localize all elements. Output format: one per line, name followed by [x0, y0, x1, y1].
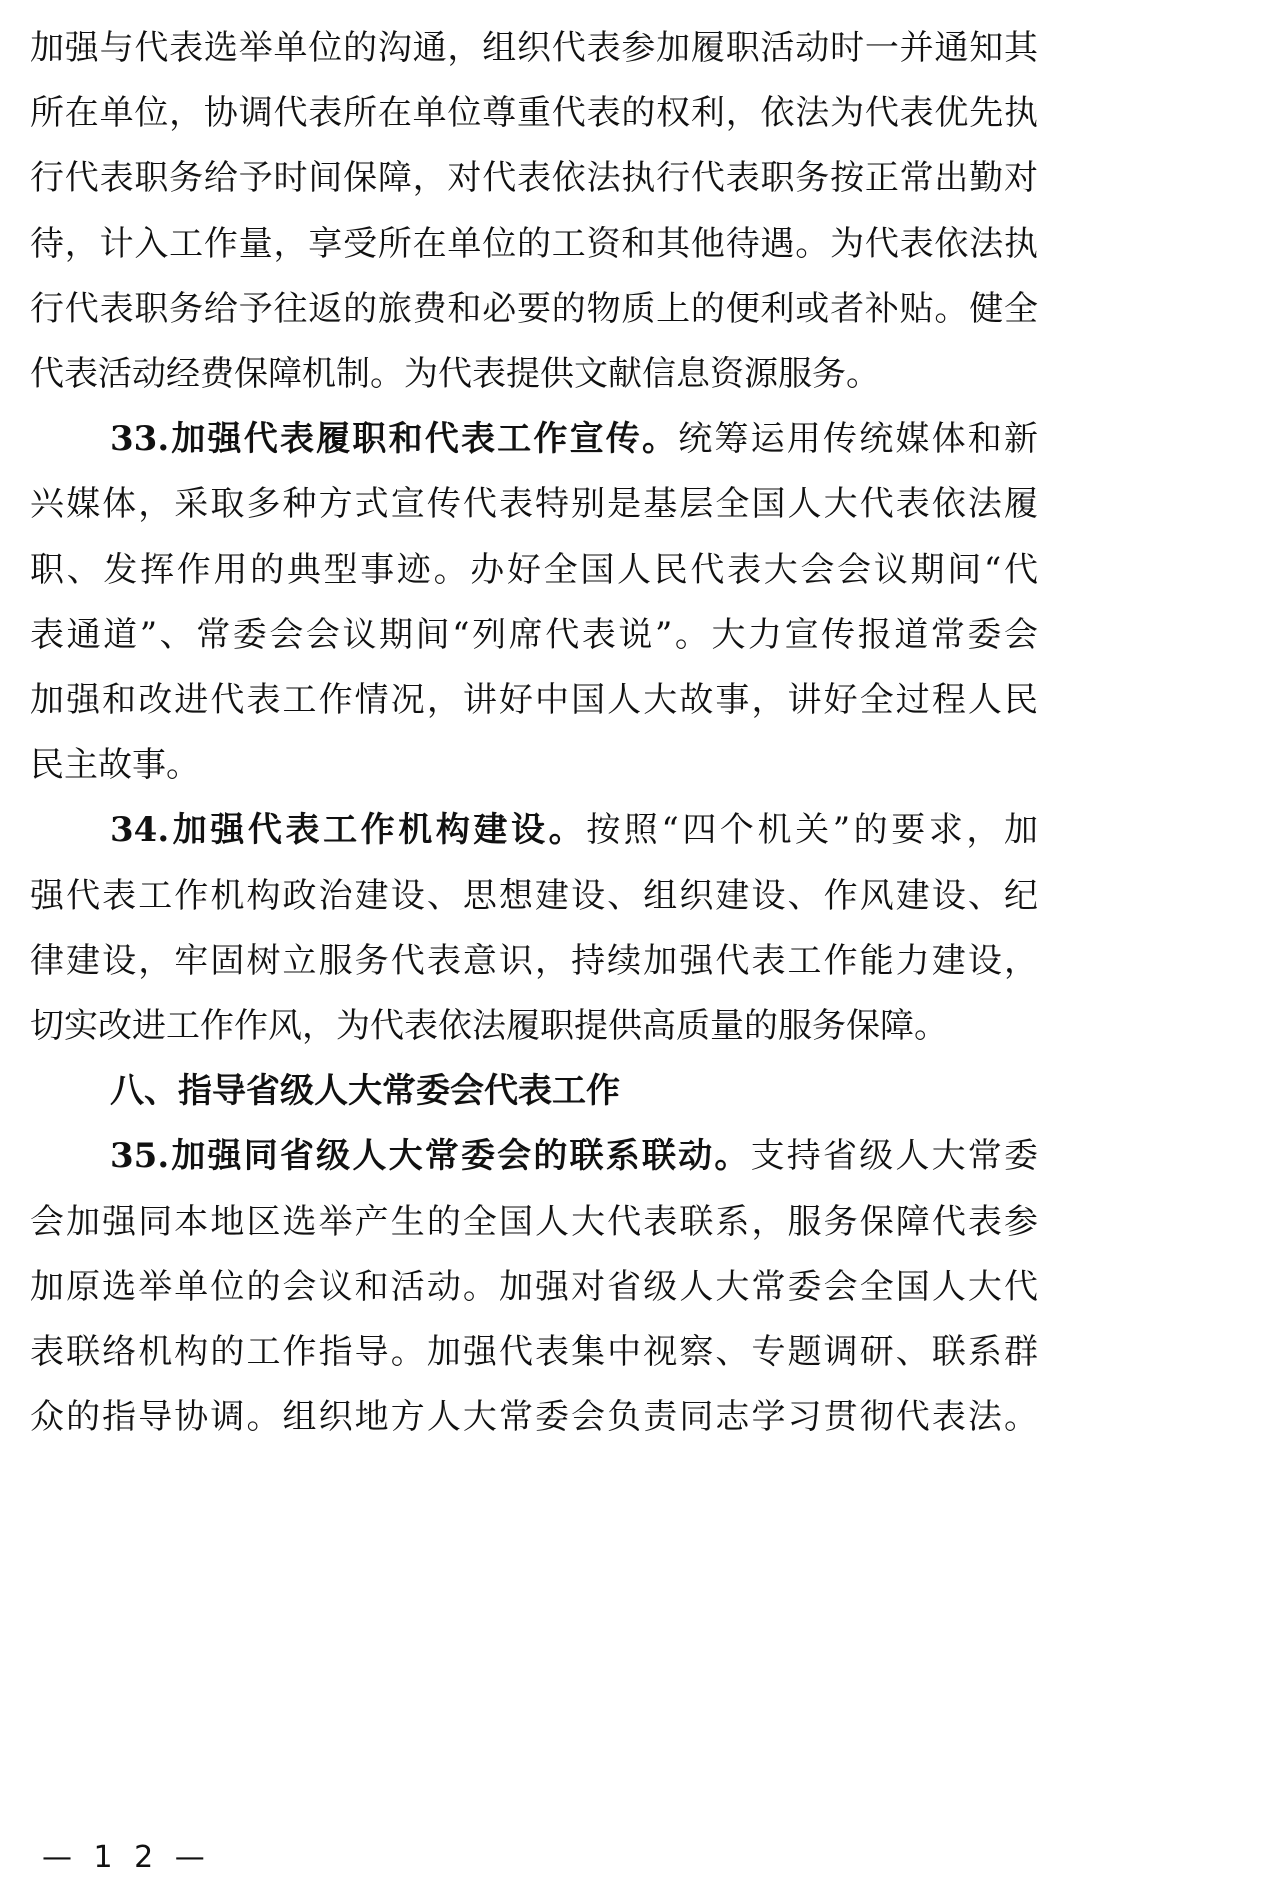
- item-35-text: 支持省级人大常委: [751, 1136, 1038, 1176]
- paragraph-line: 强代表工作机构政治建设、思想建设、组织建设、作风建设、纪: [30, 864, 1038, 929]
- item-34-first-line: 34.加强代表工作机构建设。按照“四个机关”的要求，加: [30, 798, 1038, 863]
- item-35-title: 加强同省级人大常委会的联系联动。: [169, 1136, 750, 1176]
- paragraph-line: 律建设，牢固树立服务代表意识，持续加强代表工作能力建设，: [30, 929, 1038, 994]
- item-33-number: 33.: [110, 419, 169, 459]
- paragraph-line: 兴媒体，采取多种方式宣传代表特别是基层全国人大代表依法履: [30, 472, 1038, 537]
- paragraph-line: 待，计入工作量，享受所在单位的工资和其他待遇。为代表依法执: [30, 212, 1038, 277]
- paragraph-line: 行代表职务给予时间保障，对代表依法执行代表职务按正常出勤对: [30, 146, 1038, 211]
- paragraph-line: 代表活动经费保障机制。为代表提供文献信息资源服务。: [30, 342, 880, 407]
- item-33-title: 加强代表履职和代表工作宣传。: [169, 419, 678, 459]
- item-34-number: 34.: [110, 810, 169, 850]
- item-35-number: 35.: [110, 1136, 169, 1176]
- paragraph-line: 会加强同本地区选举产生的全国人大代表联系，服务保障代表参: [30, 1190, 1038, 1255]
- paragraph-line: 行代表职务给予往返的旅费和必要的物质上的便利或者补贴。健全: [30, 277, 1038, 342]
- paragraph-line: 加强与代表选举单位的沟通，组织代表参加履职活动时一并通知其: [30, 16, 1038, 81]
- item-33-first-line: 33.加强代表履职和代表工作宣传。统筹运用传统媒体和新: [30, 407, 1038, 472]
- paragraph-line: 表通道”、常委会会议期间“列席代表说”。大力宣传报道常委会: [30, 603, 1038, 668]
- paragraph-line: 众的指导协调。组织地方人大常委会负责同志学习贯彻代表法。: [30, 1385, 1038, 1450]
- paragraph-line: 加强和改进代表工作情况，讲好中国人大故事，讲好全过程人民: [30, 668, 1038, 733]
- paragraph-line: 职、发挥作用的典型事迹。办好全国人民代表大会会议期间“代: [30, 538, 1038, 603]
- item-34-text: 按照“四个机关”的要求，加: [586, 810, 1038, 850]
- item-35-first-line: 35.加强同省级人大常委会的联系联动。支持省级人大常委: [30, 1124, 1038, 1189]
- chapter-heading: 八、指导省级人大常委会代表工作: [30, 1059, 620, 1124]
- paragraph-line: 表联络机构的工作指导。加强代表集中视察、专题调研、联系群: [30, 1320, 1038, 1385]
- item-33-text: 统筹运用传统媒体和新: [678, 419, 1038, 459]
- paragraph-line: 所在单位，协调代表所在单位尊重代表的权利，依法为代表优先执: [30, 81, 1038, 146]
- page-number: — 1 2 —: [42, 1840, 211, 1876]
- paragraph-line: 民主故事。: [30, 733, 200, 798]
- paragraph-line: 加原选举单位的会议和活动。加强对省级人大常委会全国人大代: [30, 1255, 1038, 1320]
- item-34-title: 加强代表工作机构建设。: [169, 810, 586, 850]
- paragraph-line: 切实改进工作作风，为代表依法履职提供高质量的服务保障。: [30, 994, 948, 1059]
